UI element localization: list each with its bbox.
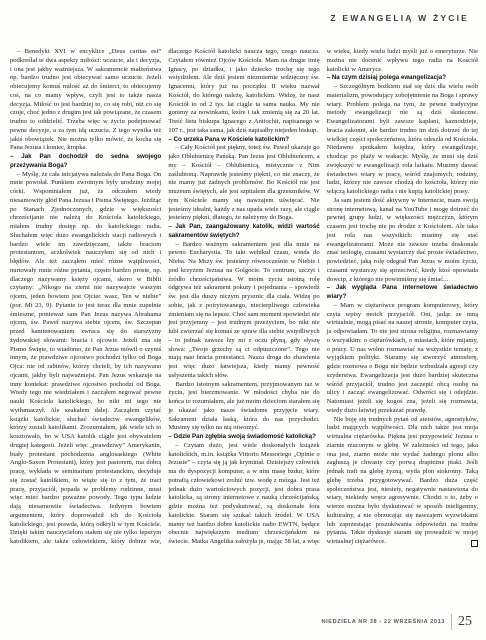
interview-answer: Bardzo istotnym sakramentem, przyjmowany… [168,381,319,434]
interview-answer: – Szczególnym bożkiem stał się dziś dla … [327,83,478,197]
interview-question: – Co urzeka Pana w Kościele katolickim? [168,136,319,145]
issue-info: NIEDZIELA NR 38 - 22 WRZEŚNIA 2013 [322,619,452,625]
page-number: 25 [452,614,472,630]
section-header: Z EWANGELIĄ W ŻYCIE [330,13,469,23]
interview-question: – Gdzie Pan zgłębia swoją świadomość kat… [168,433,319,442]
interview-answer: Nie boję się trudnych pytań od ateistów,… [327,416,478,547]
interview-answer: – Mam w ciężarówce program komputerowy, … [327,302,478,416]
interview-question: – Jak Pan, zaangażowany katolik, widzi w… [168,223,319,241]
interview-answer: – Cały Kościół jest piękny, toteż św. Pa… [168,144,319,223]
interview-question: – Na czym dzisiaj polega ewangelizacja? [327,74,478,83]
interview-answer: Ja sam jestem dość aktywny w Internecie,… [327,197,478,285]
interview-question: – Jak Pan dochodził do sedna swojego prz… [10,153,161,171]
end-of-article-mark [471,540,478,547]
interview-answer: – Benedykt XVI w encyklice „Deus caritas… [10,48,161,153]
article-columns: – Benedykt XVI w encyklice „Deus caritas… [10,48,478,547]
page-footer: NIEDZIELA NR 38 - 22 WRZEŚNIA 2013 25 [322,614,473,630]
magazine-page: Z EWANGELIĄ W ŻYCIE – Benedykt XVI w enc… [0,0,486,640]
interview-answer: – Bardzo ważnym sakramentem jest dla mni… [168,241,319,381]
interview-question: – Jak wygląda Pana internetowe świadectw… [327,284,478,302]
